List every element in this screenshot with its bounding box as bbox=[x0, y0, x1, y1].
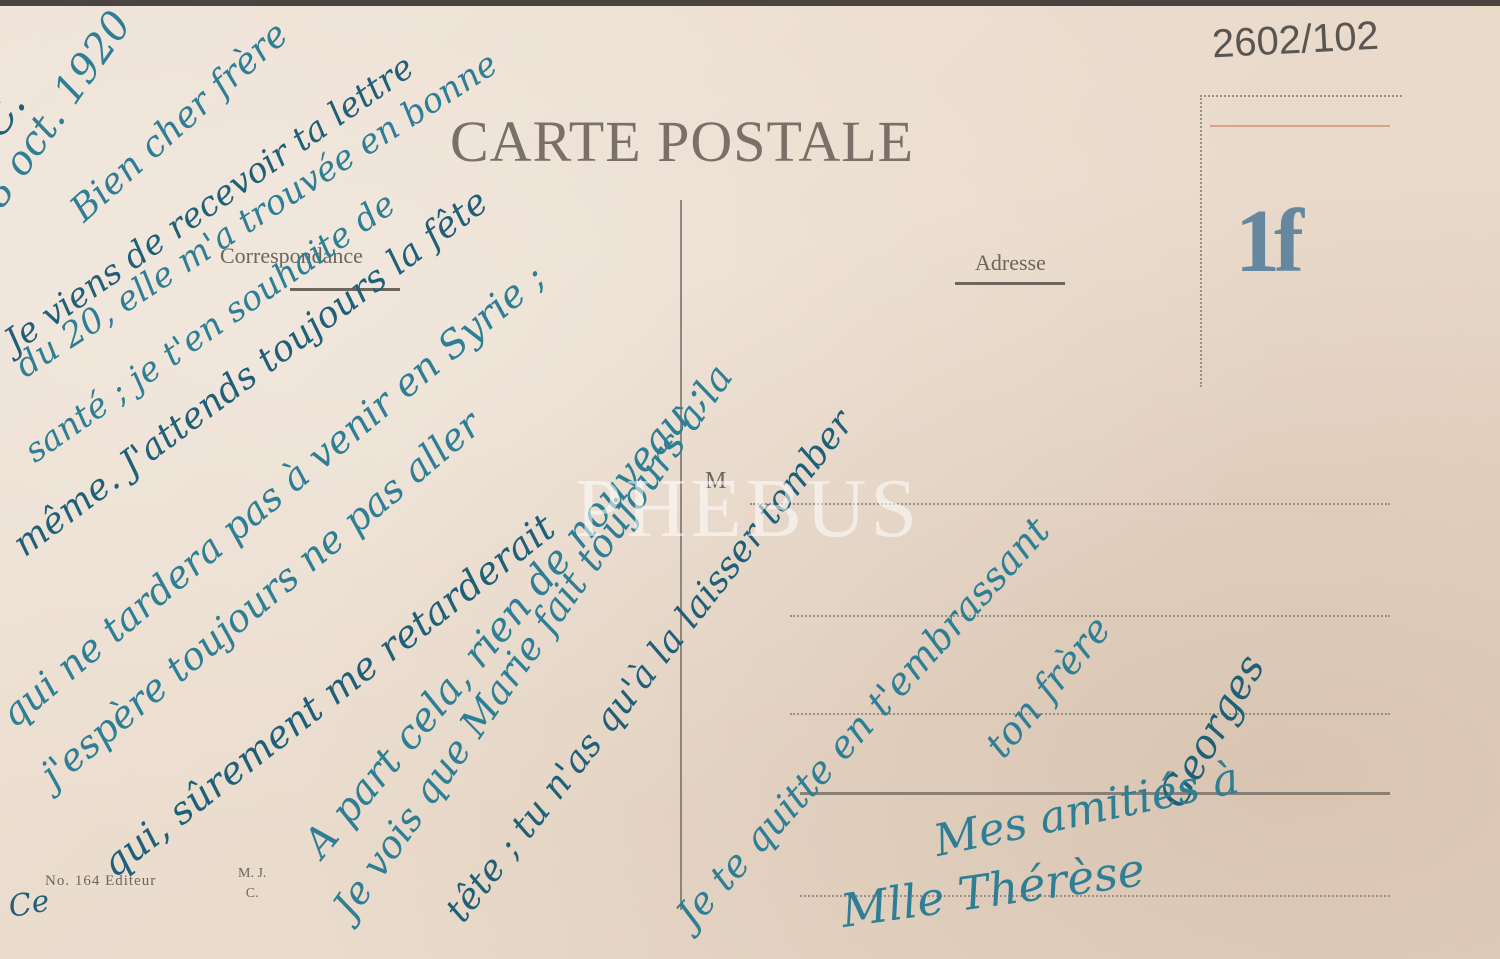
archive-reference: 2602/102 bbox=[1211, 14, 1380, 68]
postcard-back: CARTE POSTALE Correspondance Adresse 1f … bbox=[0, 0, 1500, 959]
stamp-area bbox=[1200, 95, 1402, 387]
publisher-initials: M. J. C. bbox=[238, 864, 266, 904]
publisher-initials-line2: C. bbox=[238, 884, 266, 904]
publisher-number: No. 164 Editeur bbox=[45, 873, 156, 890]
publisher-initials-line1: M. J. bbox=[238, 864, 266, 884]
handwritten-line: Mlle Thérèse bbox=[837, 842, 1147, 938]
stamp-area-red-line bbox=[1210, 125, 1390, 127]
stamp-cancellation-mark: 1f bbox=[1235, 190, 1298, 293]
handwritten-line: Ce bbox=[6, 883, 52, 925]
card-edge-shadow bbox=[0, 0, 1500, 6]
address-underline bbox=[955, 282, 1065, 285]
handwritten-line: ton frère bbox=[976, 607, 1119, 766]
printed-title: CARTE POSTALE bbox=[450, 108, 914, 175]
watermark: PHEBUS bbox=[575, 460, 921, 557]
address-label: Adresse bbox=[975, 250, 1046, 276]
